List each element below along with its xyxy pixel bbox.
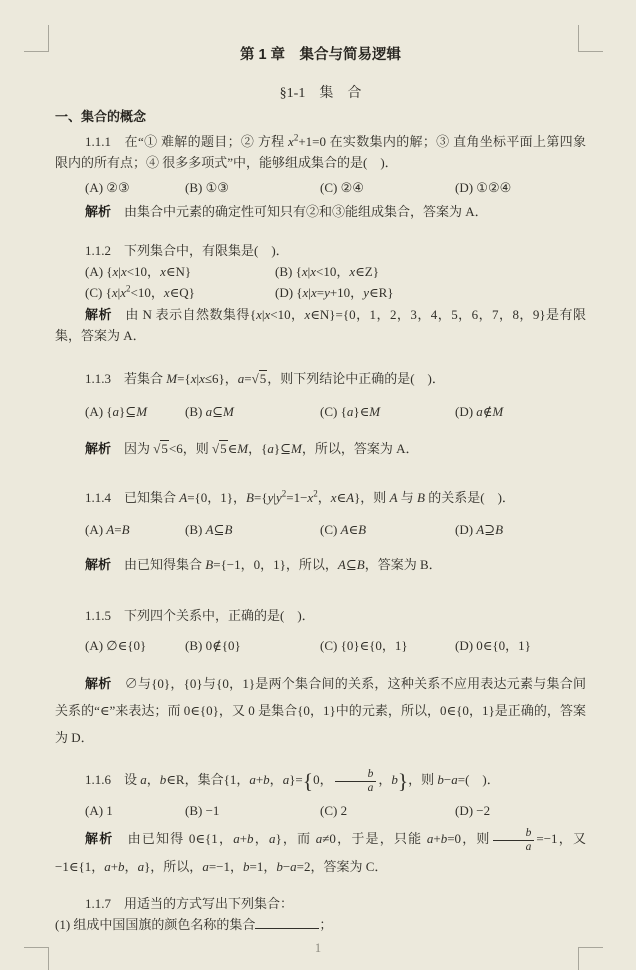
text-run: B bbox=[122, 522, 130, 537]
text-run: =1− bbox=[286, 490, 307, 505]
text-run: 1.1.4 已知集合 bbox=[85, 490, 179, 505]
option: (B) ①③ bbox=[185, 177, 320, 198]
text-run: ∈ bbox=[349, 522, 359, 537]
text-run: 1.1.2 下列集合中，有限集是( )． bbox=[85, 243, 289, 258]
text-run: M bbox=[369, 404, 380, 419]
solution-label: 解析 bbox=[85, 204, 111, 219]
options-1-1-5: (A) ∅∈{0}(B) 0∉{0}(C) {0}∈{0，1}(D) 0∈{0，… bbox=[85, 635, 586, 656]
text-run: ∅与{0}，{0}与{0，1}是两个集合间的关系，这种关系不应用表达元素与集合间… bbox=[55, 676, 586, 745]
text-run: M bbox=[223, 404, 234, 419]
fraction: ba bbox=[335, 768, 377, 793]
fraction: ba bbox=[493, 827, 535, 852]
text-run: (C) 2 bbox=[320, 803, 347, 818]
crop-mark-top-left bbox=[24, 25, 49, 52]
text-run: +10， bbox=[330, 285, 363, 300]
problem-1-1-4: 1.1.4 已知集合 A={0，1}，B={y|y2=1−x2，x∈A}，则 A… bbox=[55, 487, 586, 508]
text-run: (1) 组成中国国旗的颜色名称的集合 bbox=[55, 917, 255, 932]
text-run: 因为 bbox=[111, 441, 153, 456]
text-run: } bbox=[398, 769, 408, 793]
option: (B) {x|x<10，x∈Z} bbox=[275, 261, 586, 282]
text-run: 由已知得集合 bbox=[111, 557, 205, 572]
options-1-1-3: (A) {a}⊆M(B) a⊆M(C) {a}∈M(D) a∉M bbox=[85, 401, 586, 422]
text-run: 1.1.7 用适当的方式写出下列集合： bbox=[85, 896, 293, 911]
text-run: ⊆ bbox=[346, 557, 357, 572]
solution-label: 解析 bbox=[85, 676, 111, 691]
text-run: ， bbox=[270, 772, 283, 787]
text-run: M bbox=[136, 404, 147, 419]
sqrt-expression: √5 bbox=[252, 370, 268, 386]
text-run: M bbox=[166, 371, 177, 386]
solution-1-1-2: 解析 由 N 表示自然数集得{x|x<10，x∈N}={0，1，2，3，4，5，… bbox=[55, 304, 586, 346]
solution-1-1-4: 解析 由已知得集合 B={−1，0，1}，所以，A⊆B，答案为 B． bbox=[55, 554, 586, 575]
solution-label: 解析 bbox=[85, 441, 111, 456]
text-run: ={0，1}， bbox=[187, 490, 246, 505]
solution-1-1-1: 解析 由集合中元素的确定性可知只有②和③能组成集合，答案为 A． bbox=[55, 201, 586, 222]
text-run: ∈Z} bbox=[355, 264, 379, 279]
options-1-1-1: (A) ②③(B) ①③(C) ②④(D) ①②④ bbox=[85, 177, 586, 198]
text-run: (C) bbox=[320, 522, 341, 537]
text-run: 与 bbox=[398, 490, 418, 505]
option: (C) ②④ bbox=[320, 177, 455, 198]
text-run: 0， bbox=[313, 772, 333, 787]
document-content: 第 1 章 集合与简易逻辑§1-1 集 合一、集合的概念1.1.1 在“① 难解… bbox=[55, 45, 586, 935]
problem-1-1-7: 1.1.7 用适当的方式写出下列集合： bbox=[55, 893, 586, 914]
text-run: 第 1 章 集合与简易逻辑 bbox=[240, 47, 401, 63]
text-run: B bbox=[246, 490, 254, 505]
text-run: (B) { bbox=[275, 264, 302, 279]
text-run: (C) {0}∈{0，1} bbox=[320, 638, 408, 653]
text-run: (D) bbox=[455, 522, 476, 537]
text-run: B bbox=[417, 490, 425, 505]
sqrt-expression: √5 bbox=[212, 440, 228, 456]
text-run: (D) { bbox=[275, 285, 303, 300]
text-run: ，则下列结论中正确的是( )． bbox=[267, 371, 445, 386]
option: (A) A=B bbox=[85, 519, 185, 540]
text-run: ， bbox=[318, 490, 331, 505]
options-1-1-6: (A) 1(B) −1(C) 2(D) −2 bbox=[85, 800, 586, 821]
fraction-denominator: a bbox=[496, 841, 532, 853]
option: (D) −2 bbox=[455, 800, 586, 821]
option: (D) 0∈{0，1} bbox=[455, 635, 586, 656]
text-run: (D) bbox=[455, 404, 476, 419]
text-run: + bbox=[240, 831, 247, 846]
option: (C) {0}∈{0，1} bbox=[320, 635, 455, 656]
text-run: }，而 bbox=[275, 831, 315, 846]
text-run: <10， bbox=[316, 264, 349, 279]
text-run: 1.1.3 若集合 bbox=[85, 371, 166, 386]
text-run: (A) ②③ bbox=[85, 180, 130, 195]
fraction-numerator: b bbox=[335, 768, 377, 781]
text-run: { bbox=[303, 769, 313, 793]
text-run: ，{ bbox=[248, 441, 267, 456]
text-run: ∈Q} bbox=[170, 285, 195, 300]
text-run: (C) { bbox=[320, 404, 347, 419]
options-1-1-2-row2: (C) {x|x2<10，x∈Q}(D) {x|x=y+10，y∈R} bbox=[85, 282, 586, 303]
text-run: ={−1，0，1}，所以， bbox=[213, 557, 338, 572]
option: (B) −1 bbox=[185, 800, 320, 821]
text-run: }⊆ bbox=[274, 441, 291, 456]
text-run: + bbox=[433, 831, 440, 846]
options-1-1-4: (A) A=B(B) A⊆B(C) A∈B(D) A⊇B bbox=[85, 519, 586, 540]
text-run: ∈N} bbox=[166, 264, 191, 279]
text-run: (C) ②④ bbox=[320, 180, 364, 195]
solution-1-1-5: 解析 ∅与{0}，{0}与{0，1}是两个集合间的关系，这种关系不应用表达元素与… bbox=[55, 670, 586, 751]
fraction-denominator: a bbox=[338, 782, 374, 794]
solution-label: 解析 bbox=[85, 307, 112, 322]
text-run: (B) −1 bbox=[185, 803, 219, 818]
text-run: =2，答案为 C． bbox=[297, 859, 388, 874]
problem-1-1-3: 1.1.3 若集合 M={x|x≤6}，a=√5，则下列结论中正确的是( )． bbox=[55, 368, 586, 389]
text-run: M bbox=[492, 404, 503, 419]
text-run: (A) { bbox=[85, 264, 113, 279]
text-run: ，则 bbox=[408, 772, 437, 787]
option: (B) a⊆M bbox=[185, 401, 320, 422]
text-run: ≠0，于是，只能 bbox=[322, 831, 427, 846]
option: (B) A⊆B bbox=[185, 519, 320, 540]
text-run: }= bbox=[289, 772, 303, 787]
problem-1-1-7-item-1: (1) 组成中国国旗的颜色名称的集合； bbox=[55, 914, 586, 935]
text-run: (B) bbox=[185, 522, 206, 537]
text-run: A bbox=[341, 522, 349, 537]
text-run: ∈R} bbox=[369, 285, 394, 300]
option: (D) ①②④ bbox=[455, 177, 586, 198]
text-run: 1.1.6 设 bbox=[85, 772, 140, 787]
option: (B) 0∉{0} bbox=[185, 635, 320, 656]
text-run: 1.1.5 下列四个关系中，正确的是( )． bbox=[85, 608, 315, 623]
option: (C) {a}∈M bbox=[320, 401, 455, 422]
text-run: <10， bbox=[127, 264, 160, 279]
option: (C) 2 bbox=[320, 800, 455, 821]
text-run: }，所以， bbox=[144, 859, 202, 874]
option: (A) ②③ bbox=[85, 177, 185, 198]
text-run: A bbox=[206, 522, 214, 537]
text-run: }⊆ bbox=[119, 404, 136, 419]
text-run: (B) ①③ bbox=[185, 180, 229, 195]
text-run: }，则 bbox=[354, 490, 390, 505]
text-run: (A) ∅∈{0} bbox=[85, 638, 146, 653]
text-run: B bbox=[224, 522, 232, 537]
text-run: (B) 0∉{0} bbox=[185, 638, 241, 653]
fill-in-blank bbox=[255, 915, 319, 929]
text-run: B bbox=[495, 522, 503, 537]
text-run: + bbox=[111, 859, 118, 874]
text-run: ，答案为 B． bbox=[365, 557, 442, 572]
problem-1-1-1: 1.1.1 在“① 难解的题目；② 方程 x2+1=0 在实数集内的解；③ 直角… bbox=[55, 131, 586, 173]
text-run: A bbox=[338, 557, 346, 572]
text-run: M bbox=[237, 441, 248, 456]
document-page: 第 1 章 集合与简易逻辑§1-1 集 合一、集合的概念1.1.1 在“① 难解… bbox=[0, 0, 636, 970]
text-run: =0，则 bbox=[447, 831, 490, 846]
text-run: ， bbox=[254, 831, 269, 846]
text-run: <10， bbox=[131, 285, 164, 300]
text-run: = bbox=[114, 522, 121, 537]
text-run: (D) 0∈{0，1} bbox=[455, 638, 531, 653]
solution-label: 解析 bbox=[85, 831, 113, 846]
text-run: (A) bbox=[85, 522, 106, 537]
text-run: (A) { bbox=[85, 404, 113, 419]
page-number: 1 bbox=[0, 941, 636, 956]
text-run: B bbox=[357, 557, 365, 572]
section-title: §1-1 集 合 bbox=[55, 83, 586, 104]
solution-label: 解析 bbox=[85, 557, 111, 572]
option: (A) {a}⊆M bbox=[85, 401, 185, 422]
text-run: <6，则 bbox=[169, 441, 212, 456]
text-run: ∈ bbox=[336, 490, 346, 505]
option: (C) {x|x2<10，x∈Q} bbox=[85, 282, 275, 303]
radical-sign: √ bbox=[252, 371, 259, 386]
sqrt-expression: √5 bbox=[153, 440, 169, 456]
text-run: ≤6}， bbox=[205, 371, 238, 386]
solution-1-1-3: 解析 因为 √5<6，则 √5∈M，{a}⊆M，所以，答案为 A． bbox=[55, 438, 586, 459]
options-1-1-2-row1: (A) {x|x<10，x∈N}(B) {x|x<10，x∈Z} bbox=[85, 261, 586, 282]
text-run: A bbox=[346, 490, 354, 505]
problem-1-1-5: 1.1.5 下列四个关系中，正确的是( )． bbox=[55, 605, 586, 626]
text-run: ∉ bbox=[483, 404, 493, 419]
text-run: ； bbox=[319, 917, 332, 932]
text-run: 1.1.1 在“① 难解的题目；② 方程 bbox=[85, 134, 288, 149]
text-run: 由 N 表示自然数集得{ bbox=[112, 307, 256, 322]
text-run: = bbox=[244, 371, 251, 386]
option: (A) 1 bbox=[85, 800, 185, 821]
text-run: ⊆ bbox=[214, 522, 225, 537]
text-run: ⊆ bbox=[212, 404, 223, 419]
text-run: ，所以，答案为 A． bbox=[302, 441, 419, 456]
solution-1-1-6: 解析 由已知得 0∈{1，a+b，a}，而 a≠0，于是，只能 a+b=0，则b… bbox=[55, 825, 586, 881]
text-run: =( )． bbox=[458, 772, 500, 787]
text-run: 由集合中元素的确定性可知只有②和③能组成集合，答案为 A． bbox=[111, 204, 488, 219]
fraction-numerator: b bbox=[493, 827, 535, 840]
text-run: 一、集合的概念 bbox=[55, 109, 146, 124]
text-run: ={ bbox=[177, 371, 191, 386]
text-run: M bbox=[291, 441, 302, 456]
text-run: <10， bbox=[270, 307, 304, 322]
option: (D) A⊇B bbox=[455, 519, 586, 540]
option: (D) {x|x=y+10，y∈R} bbox=[275, 282, 586, 303]
text-run: ∈ bbox=[228, 441, 238, 456]
text-run: ={ bbox=[254, 490, 268, 505]
text-run: (B) bbox=[185, 404, 206, 419]
text-run: §1-1 集 合 bbox=[280, 86, 362, 101]
option: (A) {x|x<10，x∈N} bbox=[85, 261, 275, 282]
text-run: A bbox=[390, 490, 398, 505]
text-run: ， bbox=[125, 859, 138, 874]
text-run: (D) −2 bbox=[455, 803, 490, 818]
text-run: 的关系是( )． bbox=[425, 490, 515, 505]
text-run: ∈R，集合{1， bbox=[166, 772, 249, 787]
radicand: 5 bbox=[160, 440, 169, 456]
text-run: (C) { bbox=[85, 285, 112, 300]
text-run: = bbox=[317, 285, 324, 300]
problem-1-1-6: 1.1.6 设 a，b∈R，集合{1，a+b，a}={0，ba，b}，则 b−a… bbox=[55, 765, 586, 795]
chapter-title: 第 1 章 集合与简易逻辑 bbox=[55, 45, 586, 66]
problem-1-1-2: 1.1.2 下列集合中，有限集是( )． bbox=[55, 240, 586, 261]
text-run: B bbox=[358, 522, 366, 537]
text-run: 由已知得 0∈{1， bbox=[113, 831, 233, 846]
text-run: =−1， bbox=[209, 859, 243, 874]
radicand: 5 bbox=[219, 440, 228, 456]
text-run: }∈ bbox=[353, 404, 369, 419]
subsection-heading: 一、集合的概念 bbox=[55, 106, 586, 127]
option: (A) ∅∈{0} bbox=[85, 635, 185, 656]
text-run: ， bbox=[378, 772, 391, 787]
radicand: 5 bbox=[259, 370, 268, 386]
option: (C) A∈B bbox=[320, 519, 455, 540]
text-run: (D) ①②④ bbox=[455, 180, 511, 195]
text-run: (A) 1 bbox=[85, 803, 113, 818]
option: (D) a∉M bbox=[455, 401, 586, 422]
text-run: ， bbox=[147, 772, 160, 787]
text-run: =1， bbox=[249, 859, 276, 874]
text-run: ⊇ bbox=[484, 522, 495, 537]
